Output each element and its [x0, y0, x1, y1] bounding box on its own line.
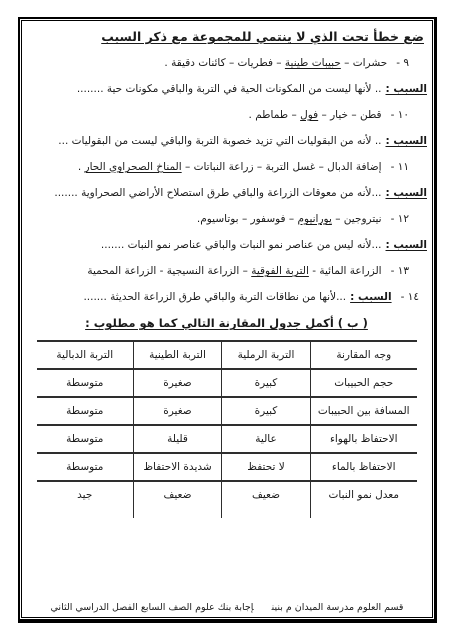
question-number: ١١ - — [391, 161, 409, 173]
reason-text: .. لأنها ليست من المكونات الحية في الترب… — [77, 83, 382, 95]
question-10: ١٠ -قطن – خيار – فول – طماطم . — [26, 108, 427, 122]
table-header-cell: التربة الطينية — [134, 341, 222, 369]
table-header-row: وجه المقارنة التربة الرملية التربة الطين… — [37, 341, 417, 369]
footer-credit: قسم العلوم مدرسة الميدان م بنينإجابة بنك… — [22, 602, 432, 613]
table-cell: شديدة الاحتفاظ — [134, 453, 222, 481]
question-text: – فطريات – كائنات دقيقة . — [164, 57, 284, 69]
question-text: نيتروجين – — [332, 213, 382, 225]
table-cell: متوسطة — [37, 425, 134, 453]
worksheet-page: ضع خطأ تحت الذي لا ينتمي للمجموعة مع ذكر… — [21, 20, 433, 618]
question-text: – طماطم . — [249, 109, 301, 121]
question-12: ١٢ -نيتروجين – يورانيوم – فوسفور – بوتاس… — [26, 212, 427, 226]
table-cell: صغيرة — [134, 369, 222, 397]
reason-text: ...لأنه من معوقات الزراعة والباقي طرق اس… — [54, 187, 381, 199]
table-header-cell: التربة الرملية — [222, 341, 311, 369]
reason-14: ١٤ -السبب :...لأنها من نطاقات التربة وال… — [26, 290, 427, 304]
table-cell: كبيرة — [222, 397, 311, 425]
question-text: حشرات – — [341, 57, 387, 69]
comparison-table: وجه المقارنة التربة الرملية التربة الطين… — [37, 340, 417, 518]
table-cell: ضعيف — [222, 481, 311, 518]
underlined-answer: المناخ الصحراوي الحار — [85, 161, 182, 173]
footer-answer-bank: إجابة بنك علوم الصف السابع الفصل الدراسي… — [51, 602, 254, 613]
table-cell: متوسطة — [37, 397, 134, 425]
reason-label: السبب : — [386, 187, 427, 199]
table-cell: لا تحتفظ — [222, 453, 311, 481]
underlined-answer: يورانيوم — [298, 213, 332, 225]
reason-label: السبب : — [386, 135, 427, 147]
reason-12: السبب :...لأنه ليس من عناصر نمو النبات و… — [26, 238, 427, 252]
table-cell: متوسطة — [37, 369, 134, 397]
underlined-answer: التربة الفوقية — [251, 265, 309, 277]
question-13: ١٣ -الزراعة المائية - التربة الفوقية – ا… — [26, 264, 427, 278]
question-11: ١١ -إضافة الدبال – غسل التربة – زراعة ال… — [26, 160, 427, 174]
reason-text: ...لأنه ليس من عناصر نمو النبات والباقي … — [101, 239, 382, 251]
table-cell: متوسطة — [37, 453, 134, 481]
table-cell: صغيرة — [134, 397, 222, 425]
table-row: الاحتفاظ بالماء لا تحتفظ شديدة الاحتفاظ … — [37, 453, 417, 481]
table-cell: ضعيف — [134, 481, 222, 518]
table-row: المسافة بين الحبيبات كبيرة صغيرة متوسطة — [37, 397, 417, 425]
underlined-answer: فول — [300, 109, 318, 121]
page-frame: ضع خطأ تحت الذي لا ينتمي للمجموعة مع ذكر… — [18, 17, 437, 623]
reason-text: .. لأنه من البقوليات التي تزيد خصوبة الت… — [58, 135, 381, 147]
table-cell: المسافة بين الحبيبات — [311, 397, 417, 425]
question-number: ١٢ - — [391, 213, 409, 225]
reason-label: السبب : — [350, 291, 391, 303]
underlined-answer: حبيبات طينية — [285, 57, 341, 69]
table-cell: جيد — [37, 481, 134, 518]
table-row: معدل نمو النبات ضعيف ضعيف جيد — [37, 481, 417, 518]
table-cell: معدل نمو النبات — [311, 481, 417, 518]
section-b-heading: ( ب ) أكمل جدول المقارنة التالي كما هو م… — [26, 316, 427, 330]
question-text: – الزراعة النسيجية - الزراعة المحمية — [87, 265, 251, 277]
question-9: ٩ -حشرات – حبيبات طينية – فطريات – كائنا… — [26, 56, 427, 70]
reason-text: ...لأنها من نطاقات التربة والباقي طرق ال… — [83, 291, 346, 303]
footer-school: قسم العلوم مدرسة الميدان م بنين — [272, 602, 404, 613]
table-cell: حجم الحبيبات — [311, 369, 417, 397]
question-number: ١٤ - — [401, 291, 419, 303]
question-text: . — [78, 161, 85, 173]
reason-9: السبب :.. لأنها ليست من المكونات الحية ف… — [26, 82, 427, 96]
reason-10: السبب :.. لأنه من البقوليات التي تزيد خص… — [26, 134, 427, 148]
table-row: حجم الحبيبات كبيرة صغيرة متوسطة — [37, 369, 417, 397]
question-text: قطن – خيار – — [318, 109, 381, 121]
table-header-cell: التربة الدبالية — [37, 341, 134, 369]
question-text: الزراعة المائية - — [309, 265, 382, 277]
table-cell: قليلة — [134, 425, 222, 453]
table-header-cell: وجه المقارنة — [311, 341, 417, 369]
table-cell: الاحتفاظ بالماء — [311, 453, 417, 481]
reason-label: السبب : — [386, 83, 427, 95]
question-number: ١٠ - — [391, 109, 409, 121]
question-text: – فوسفور – بوتاسيوم. — [197, 213, 298, 225]
table-row: الاحتفاظ بالهواء عالية قليلة متوسطة — [37, 425, 417, 453]
question-number: ١٣ - — [391, 265, 409, 277]
table-cell: الاحتفاظ بالهواء — [311, 425, 417, 453]
table-cell: عالية — [222, 425, 311, 453]
table-cell: كبيرة — [222, 369, 311, 397]
page-title: ضع خطأ تحت الذي لا ينتمي للمجموعة مع ذكر… — [26, 29, 424, 44]
reason-11: السبب :...لأنه من معوقات الزراعة والباقي… — [26, 186, 427, 200]
question-number: ٩ - — [396, 57, 409, 69]
reason-label: السبب : — [386, 239, 427, 251]
question-text: إضافة الدبال – غسل التربة – زراعة النبات… — [182, 161, 382, 173]
